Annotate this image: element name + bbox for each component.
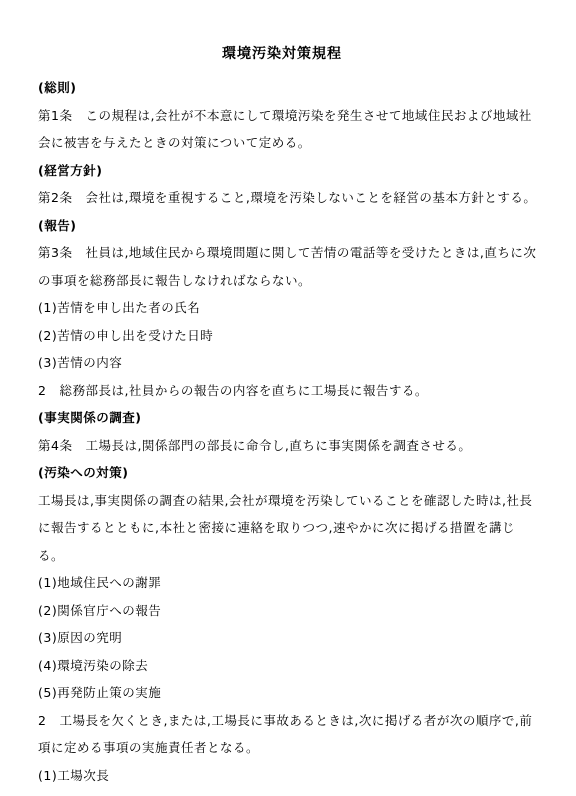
section-heading-management-policy: (経営方針) bbox=[38, 157, 540, 185]
section-heading-reporting: (報告) bbox=[38, 212, 540, 240]
article-3-clause-2-text: 2 総務部長は,社員からの報告の内容を直ちに工場長に報告する。 bbox=[38, 377, 540, 405]
document-page: 環境汚染対策規程 (総則) 第1条 この規程は,会社が不本意にして環境汚染を発生… bbox=[0, 0, 576, 796]
section-heading-pollution-countermeasures: (汚染への対策) bbox=[38, 459, 540, 487]
article-5-text: 工場長は,事実関係の調査の結果,会社が環境を汚染していることを確認した時は,社長… bbox=[38, 487, 540, 570]
section-reporting: (報告) 第3条 社員は,地域住民から環境問題に関して苦情の電話等を受けたときは… bbox=[38, 212, 540, 405]
article-5-clause-2-text: 2 工場長を欠くとき,または,工場長に事故あるときは,次に掲げる者が次の順序で,… bbox=[38, 707, 540, 762]
section-fact-investigation: (事実関係の調査) 第4条 工場長は,関係部門の部長に命令し,直ちに事実関係を調… bbox=[38, 404, 540, 459]
report-item-1: (1)苦情を申し出た者の氏名 bbox=[38, 294, 540, 322]
section-heading-fact-investigation: (事実関係の調査) bbox=[38, 404, 540, 432]
successor-item-1: (1)工場次長 bbox=[38, 762, 540, 790]
report-item-2: (2)苦情の申し出を受けた日時 bbox=[38, 322, 540, 350]
measure-item-4: (4)環境汚染の除去 bbox=[38, 652, 540, 680]
section-management-policy: (経営方針) 第2条 会社は,環境を重視すること,環境を汚染しないことを経営の基… bbox=[38, 157, 540, 212]
document-title: 環境汚染対策規程 bbox=[38, 44, 526, 64]
article-2-text: 第2条 会社は,環境を重視すること,環境を汚染しないことを経営の基本方針とする。 bbox=[38, 184, 540, 212]
article-4-text: 第4条 工場長は,関係部門の部長に命令し,直ちに事実関係を調査させる。 bbox=[38, 432, 540, 460]
measure-item-2: (2)関係官庁への報告 bbox=[38, 597, 540, 625]
article-3-text: 第3条 社員は,地域住民から環境問題に関して苦情の電話等を受けたときは,直ちに次… bbox=[38, 239, 540, 294]
section-general-rules: (総則) 第1条 この規程は,会社が不本意にして環境汚染を発生させて地域住民およ… bbox=[38, 74, 540, 157]
section-heading-general-rules: (総則) bbox=[38, 74, 540, 102]
measure-item-5: (5)再発防止策の実施 bbox=[38, 679, 540, 707]
section-pollution-countermeasures: (汚染への対策) 工場長は,事実関係の調査の結果,会社が環境を汚染していることを… bbox=[38, 459, 540, 789]
article-1-text: 第1条 この規程は,会社が不本意にして環境汚染を発生させて地域住民および地域社会… bbox=[38, 102, 540, 157]
measure-item-1: (1)地域住民への謝罪 bbox=[38, 569, 540, 597]
measure-item-3: (3)原因の究明 bbox=[38, 624, 540, 652]
report-item-3: (3)苦情の内容 bbox=[38, 349, 540, 377]
